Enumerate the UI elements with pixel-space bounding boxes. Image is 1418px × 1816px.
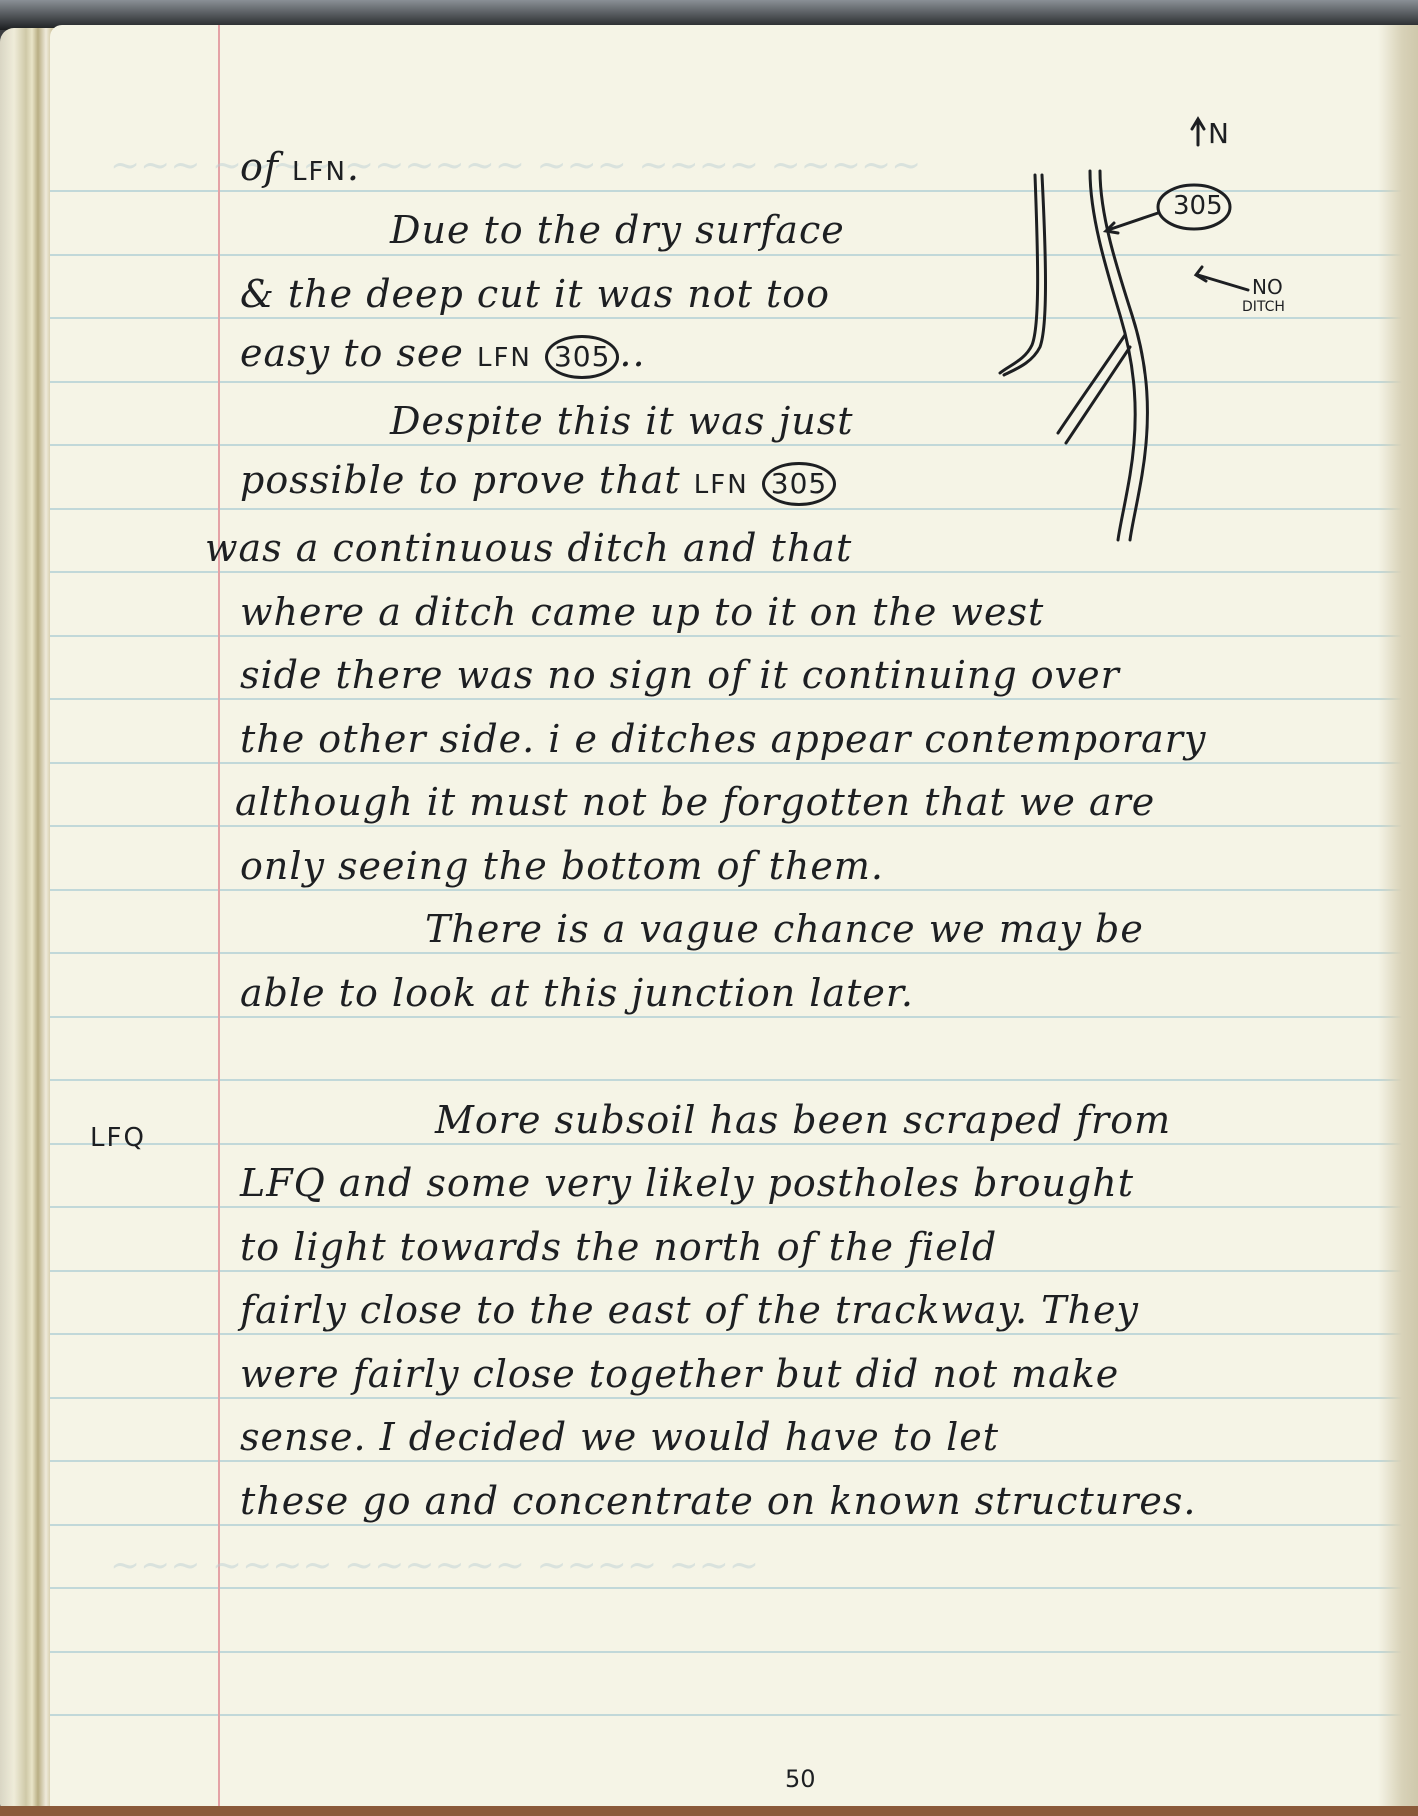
rule-line — [50, 825, 1418, 827]
rule-line — [50, 571, 1418, 573]
rule-line — [50, 1079, 1418, 1081]
rule-line — [50, 1333, 1418, 1335]
rule-line — [50, 1524, 1418, 1526]
text-line: sense. I decided we would have to let — [240, 1415, 999, 1459]
circled-feature-number: 305 — [762, 462, 836, 506]
feature-label-305: 305 — [1173, 191, 1223, 221]
notebook-page: ~~~ ~~~~ ~~~~~~ ~~~ ~~~~ ~~~~~ ~~~ ~~~~ … — [50, 25, 1418, 1807]
text-line: only seeing the bottom of them. — [240, 844, 884, 888]
text-line: fairly close to the east of the trackway… — [240, 1288, 1139, 1332]
text-line: these go and concentrate on known struct… — [240, 1479, 1196, 1523]
text-line: Despite this it was just — [390, 399, 854, 443]
rule-line — [50, 1587, 1418, 1589]
text-line: to light towards the north of the field — [240, 1225, 997, 1269]
text-line: was a continuous ditch and that — [205, 526, 852, 570]
rule-line — [50, 1714, 1418, 1716]
rule-line — [50, 889, 1418, 891]
rule-line — [50, 762, 1418, 764]
rule-line — [50, 952, 1418, 954]
rule-line — [50, 1016, 1418, 1018]
ditch-sketch-map: N 305 NO DITCH — [980, 115, 1360, 555]
text-line: the other side. i e ditches appear conte… — [240, 717, 1206, 761]
no-ditch-label-line2: DITCH — [1242, 299, 1285, 315]
rule-line — [50, 1460, 1418, 1462]
text-line: easy to see LFN 305.. — [240, 331, 646, 379]
text-line: More subsoil has been scraped from — [435, 1098, 1171, 1142]
text-line: able to look at this junction later. — [240, 971, 914, 1015]
text-line: side there was no sign of it continuing … — [240, 653, 1120, 697]
text-line: were fairly close together but did not m… — [240, 1352, 1119, 1396]
margin-note-lfq: LFQ — [90, 1123, 146, 1153]
text-line: where a ditch came up to it on the west — [240, 590, 1044, 634]
rule-line — [50, 1397, 1418, 1399]
rule-line — [50, 1651, 1418, 1653]
text-line: There is a vague chance we may be — [425, 907, 1144, 951]
bleed-through-text: ~~~ ~~~~ ~~~~~~ ~~~ ~~~~ ~~~~~ — [110, 145, 921, 186]
feature-code: LFN — [292, 157, 347, 187]
rule-line — [50, 1206, 1418, 1208]
rule-line — [50, 1143, 1418, 1145]
page-number: 50 — [785, 1765, 816, 1793]
text-line: & the deep cut it was not too — [240, 272, 830, 316]
ditch-plan-drawing — [980, 115, 1360, 555]
margin-line — [218, 25, 220, 1807]
feature-code: LFN — [694, 470, 749, 500]
text-line: Due to the dry surface — [390, 208, 845, 252]
rule-line — [50, 1270, 1418, 1272]
rule-line — [50, 698, 1418, 700]
circled-feature-number: 305 — [545, 335, 619, 379]
north-label: N — [1208, 117, 1229, 150]
text-line: although it must not be forgotten that w… — [235, 780, 1155, 824]
bleed-through-text: ~~~ ~~~~ ~~~~~~ ~~~~ ~~~ — [110, 1545, 759, 1586]
text-line: LFQ and some very likely postholes broug… — [240, 1161, 1134, 1205]
text-line: possible to prove that LFN 305 — [240, 458, 836, 506]
scan-bottom-edge — [0, 1806, 1418, 1816]
feature-code: LFN — [477, 343, 532, 373]
rule-line — [50, 635, 1418, 637]
no-ditch-label: NO — [1252, 275, 1283, 299]
text-line: of LFN. — [240, 145, 360, 189]
